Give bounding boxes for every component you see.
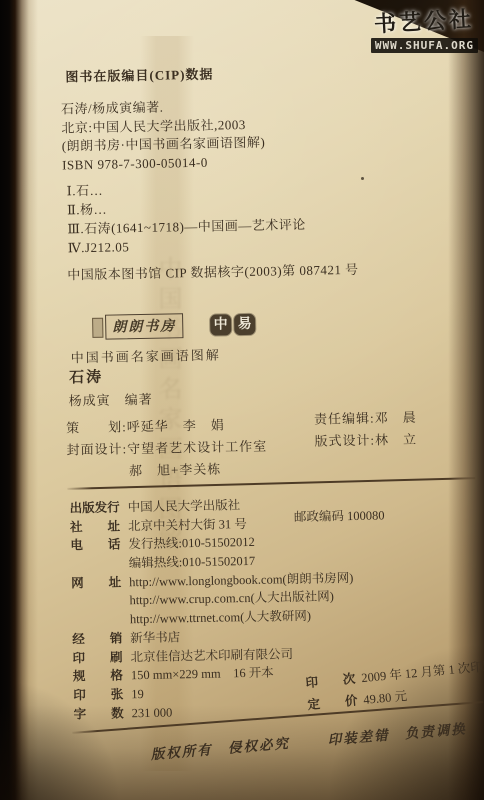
cover-design-label: 封面设计: <box>66 441 127 457</box>
layout-design-label: 版式设计: <box>314 433 375 449</box>
langlang-bookstore-logo: 朗朗书房 <box>105 313 183 339</box>
page-content: 图书在版编目(CIP)数据 石涛/杨成寅编著. 北京:中国人民大学出版社,200… <box>0 0 484 800</box>
publication-label: 网 址 <box>71 573 129 593</box>
publication-label: 出版发行 <box>70 498 128 518</box>
publication-value: 新华书店 <box>130 630 180 645</box>
publication-value: http://www.crup.com.cn(人大出版社网) <box>129 590 334 608</box>
postal-code: 邮政编码 100080 <box>294 506 385 526</box>
cip-description: 石涛/杨成寅编著. 北京:中国人民大学出版社,2003 (朗朗书房·中国书画名家… <box>61 97 266 175</box>
publication-label: 经 销 <box>72 629 130 649</box>
footer-gap <box>290 745 328 748</box>
cip-item-4: Ⅳ.J212.05 <box>68 234 307 258</box>
cip-heading: 图书在版编目(CIP)数据 <box>65 64 213 86</box>
publication-label: 印 刷 <box>72 648 130 668</box>
book-copyright-page-photo: 中国书画名家画语图解 书艺公社 WWW.SHUFA.ORG 图书在版编目(CIP… <box>0 0 484 800</box>
logo-row: 朗朗书房中易 <box>92 312 255 341</box>
publication-label: 规 格 <box>73 666 131 686</box>
publication-value: 北京中关村大街 31 号 <box>128 517 247 533</box>
publication-value: 231 000 <box>132 705 173 720</box>
publication-label: 电 话 <box>70 536 128 556</box>
book-author: 杨成寅 编著 <box>68 389 152 410</box>
watermark: 书艺公社 WWW.SHUFA.ORG <box>318 5 478 54</box>
book-title: 石涛 <box>69 366 103 388</box>
zhongyi-logo-char-icon: 易 <box>234 314 255 335</box>
publication-label <box>71 567 129 568</box>
publication-value: 发行热线:010-51502012 <box>128 535 255 551</box>
cip-classification-list: Ⅰ.石… Ⅱ.杨… Ⅲ.石涛(1641~1718)—中国画—艺术评论 Ⅳ.J21… <box>66 177 306 258</box>
publication-value: 19 <box>131 687 144 701</box>
copyright-notice: 版权所有 侵权必究印装差错 负责调换 <box>92 717 472 768</box>
publication-value: 北京佳信达艺术印刷有限公司 <box>130 647 293 664</box>
copyright-notice-left: 版权所有 侵权必究 <box>150 736 290 762</box>
publication-value: 编辑热线:010-51502017 <box>129 554 256 570</box>
cip-line-series: (朗朗书房·中国书画名家画语图解) <box>62 134 266 156</box>
cover-design-value-2: 郝 旭+李关栋 <box>129 461 222 478</box>
publication-value: http://www.longlongbook.com(朗朗书房网) <box>129 571 353 589</box>
cover-design-value: 守望者艺术设计工作室 <box>127 439 267 457</box>
editor-label: 责任编辑: <box>314 411 375 427</box>
bookstore-seal-icon <box>92 317 103 337</box>
planning-value: 呼延华 李 娟 <box>127 417 225 434</box>
watermark-url: WWW.SHUFA.ORG <box>371 38 478 53</box>
credits-block: 策 划:呼延华 李 娟 责任编辑:邓 晨 封面设计:守望者艺术设计工作室 版式设… <box>66 410 467 484</box>
publication-label: 印 张 <box>73 685 131 705</box>
series-title: 中国书画名家画语图解 <box>71 344 221 366</box>
publication-value: http://www.ttrnet.com(人大教研网) <box>130 609 311 626</box>
layout-design-value: 林 立 <box>375 432 417 448</box>
publication-label <box>72 623 130 624</box>
planning-label: 策 划: <box>66 419 127 435</box>
watermark-calligraphy: 书艺公社 <box>373 2 475 38</box>
publication-label: 字 数 <box>74 704 132 724</box>
cip-record-number: 中国版本图书馆 CIP 数据核字(2003)第 087421 号 <box>67 259 359 284</box>
publication-label <box>72 605 130 606</box>
layout-design: 版式设计:林 立 <box>314 429 417 453</box>
zhongyi-logo: 中易 <box>207 314 255 336</box>
responsible-editor: 责任编辑:邓 晨 <box>314 407 417 431</box>
copyright-notice-right: 印装差错 负责调换 <box>327 721 467 747</box>
price-value: 49.80 元 <box>363 689 408 707</box>
cip-isbn: ISBN 978-7-300-05014-0 <box>62 152 266 174</box>
editor-value: 邓 晨 <box>375 410 417 426</box>
zhongyi-logo-char-icon: 中 <box>210 314 231 335</box>
publication-value: 中国人民大学出版社 <box>128 498 241 514</box>
publication-value: 150 mm×229 mm 16 开本 <box>131 666 274 683</box>
publication-label: 社 址 <box>70 517 128 537</box>
